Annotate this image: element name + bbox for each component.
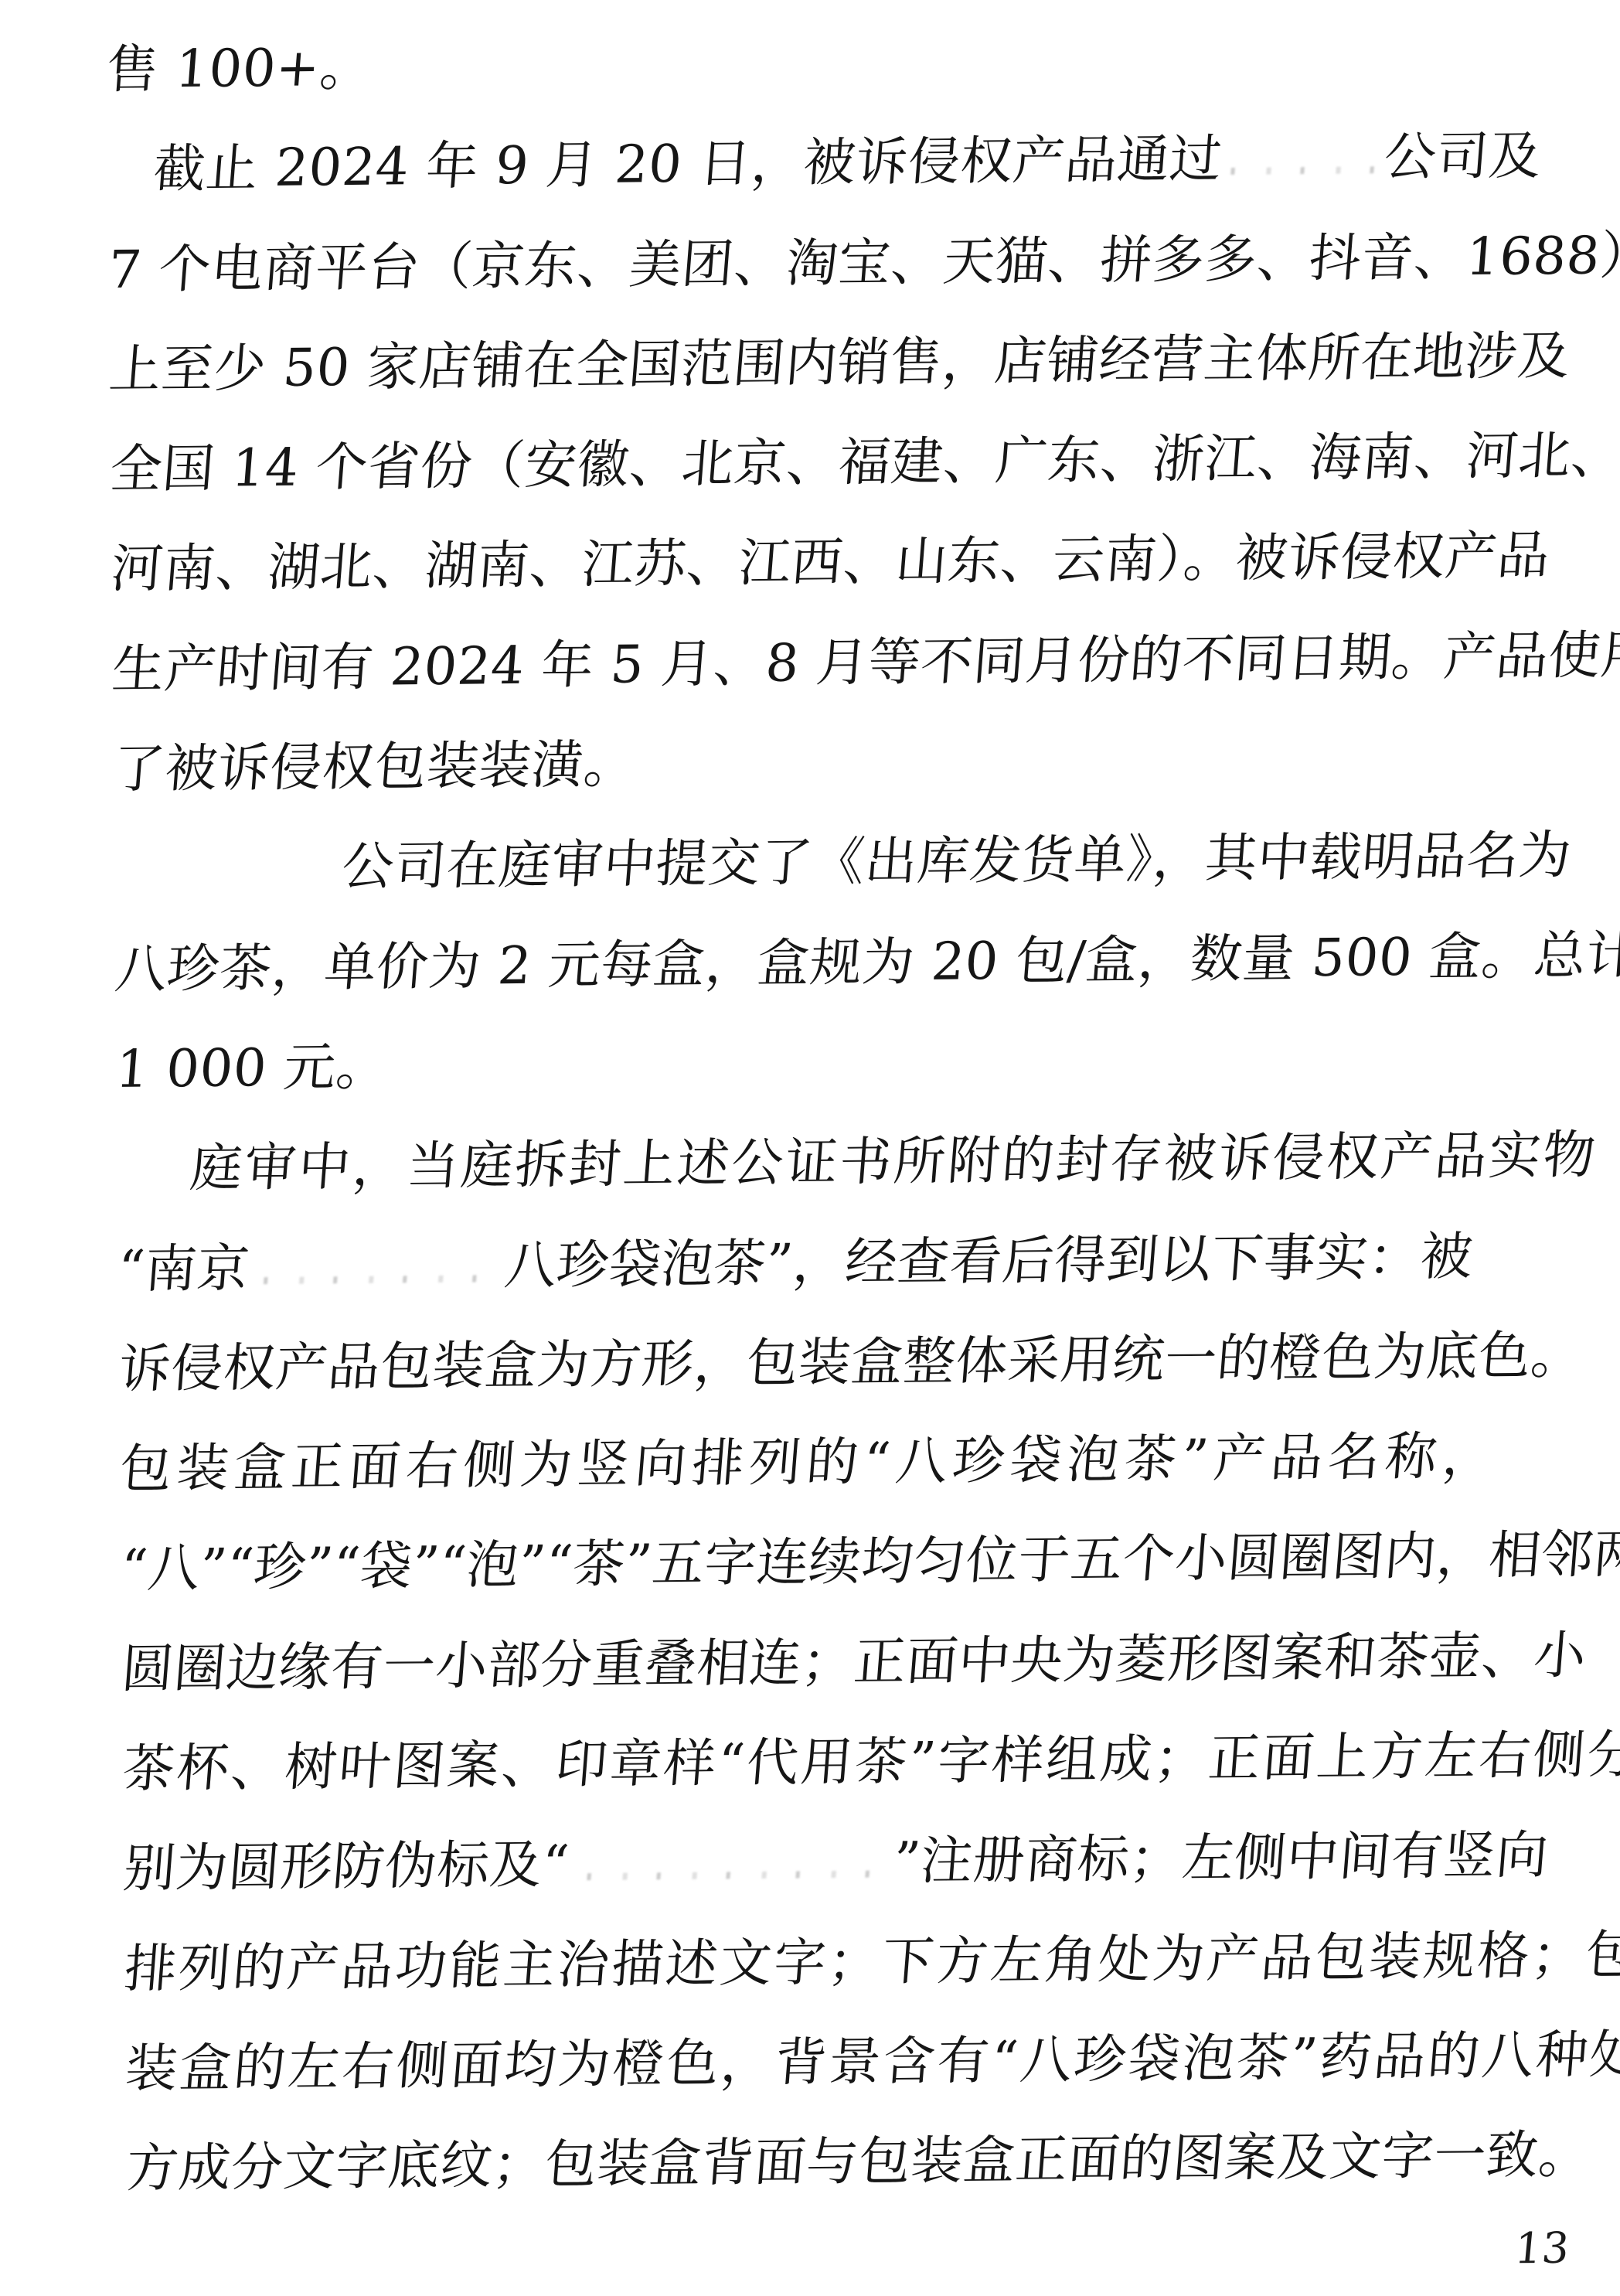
line-text: 生产时间有 2024 年 5 月、8 月等不同月份的不同日期。产品使用 xyxy=(110,625,1620,700)
text-line: 7 个电商平台（京东、美团、淘宝、天猫、拼多多、抖音、1688） xyxy=(104,206,1517,320)
line-text: 包装盒正面右侧为竖向排列的“八珍袋泡茶”产品名称， xyxy=(117,1426,1502,1499)
text-line: 排列的产品功能主治描述文字；下方左角处为产品包装规格；包 xyxy=(121,1906,1533,2019)
line-text: 八珍袋泡茶”，经查看后得到以下事实：被 xyxy=(502,1226,1475,1296)
line-text: 别为圆形防伪标及“ xyxy=(121,1834,571,1899)
line-text: 上至少 50 家店铺在全国范围内销售，店铺经营主体所在地涉及 xyxy=(107,325,1572,400)
line-text: 了被诉侵权包装装潢。 xyxy=(111,734,638,800)
line-text: 圆圈边缘有一小部分重叠相连；正面中央为菱形图案和茶壶、小 xyxy=(119,1624,1588,1698)
text-line: 了被诉侵权包装装潢。 xyxy=(109,707,1522,820)
document-body: 售 100+。截止 2024 年 9 月 20 日，被诉侵权产品通过公司及7 个… xyxy=(101,7,1527,2219)
line-text: 八珍茶，单价为 2 元每盒，盒规为 20 包/盒，数量 500 盒。总计 xyxy=(113,925,1620,1000)
redaction xyxy=(567,1832,896,1882)
text-line: 圆圈边缘有一小部分重叠相连；正面中央为菱形图案和茶壶、小 xyxy=(117,1606,1530,1719)
line-text: 全国 14 个省份（安徽、北京、福建、广东、浙江、海南、河北、 xyxy=(108,424,1620,499)
text-line: 装盒的左右侧面均为橙色，背景含有“八珍袋泡茶”药品的八种处 xyxy=(121,2005,1534,2119)
text-line: “八”“珍”“袋”“泡”“茶”五字连续均匀位于五个小圆圈图内，相邻两 xyxy=(117,1506,1530,1620)
text-line: 生产时间有 2024 年 5 月、8 月等不同月份的不同日期。产品使用 xyxy=(108,606,1521,720)
text-line: 包装盒正面右侧为竖向排列的“八珍袋泡茶”产品名称， xyxy=(116,1406,1529,1520)
line-text: 售 100+。 xyxy=(104,37,375,100)
text-line: 茶杯、树叶图案、印章样“代用茶”字样组成；正面上方左右侧分 xyxy=(119,1705,1532,1819)
redaction xyxy=(1220,128,1387,176)
text-line: 别为圆形防伪标及“”注册商标；左侧中间有竖向 xyxy=(120,1806,1533,1920)
line-text: 排列的产品功能主治描述文字；下方左角处为产品包装规格；包 xyxy=(122,1924,1620,1999)
text-line: 1 000 元。 xyxy=(112,1006,1525,1119)
line-text: 7 个电商平台（京东、美团、淘宝、天猫、拼多多、抖音、1688） xyxy=(106,224,1620,299)
line-text: 方成分文字底纹；包装盒背面与包装盒正面的图案及文字一致。 xyxy=(124,2124,1594,2199)
text-line: 公司在庭审中提交了《出库发货单》，其中载明品名为 xyxy=(111,806,1523,920)
page-number: 13 xyxy=(1513,2227,1571,2270)
text-line: 庭审中，当庭拆封上述公证书所附的封存被诉侵权产品实物 xyxy=(113,1106,1526,1220)
line-text: 公司在庭审中提交了《出库发货单》，其中载明品名为 xyxy=(340,825,1574,897)
line-text: “八”“珍”“袋”“泡”“茶”五字连续均匀位于五个小圆圈图内，相邻两 xyxy=(118,1524,1620,1599)
text-line: 售 100+。 xyxy=(103,7,1516,121)
line-text: 装盒的左右侧面均为橙色，背景含有“八珍袋泡茶”药品的八种处 xyxy=(123,2024,1620,2099)
text-line: 方成分文字底纹；包装盒背面与包装盒正面的图案及文字一致。 xyxy=(123,2106,1536,2219)
line-text: 庭审中，当庭拆封上述公证书所附的封存被诉侵权产品实物 xyxy=(188,1125,1599,1199)
text-line: 诉侵权产品包装盒为方形，包装盒整体采用统一的橙色为底色。 xyxy=(115,1306,1528,1419)
line-text: “南京 xyxy=(116,1238,252,1300)
redaction xyxy=(248,1236,507,1286)
line-text: 公司及 xyxy=(1382,125,1543,187)
text-line: 全国 14 个省份（安徽、北京、福建、广东、浙江、海南、河北、 xyxy=(107,407,1520,520)
line-text: 诉侵权产品包装盒为方形，包装盒整体采用统一的橙色为底色。 xyxy=(117,1325,1586,1399)
line-text: ”注册商标；左侧中间有竖向 xyxy=(891,1825,1550,1892)
text-line: 上至少 50 家店铺在全国范围内销售，店铺经营主体所在地涉及 xyxy=(105,306,1518,420)
line-text: 1 000 元。 xyxy=(114,1037,391,1099)
text-line: “南京八珍袋泡茶”，经查看后得到以下事实：被 xyxy=(114,1206,1526,1320)
text-line: 八珍茶，单价为 2 元每盒，盒规为 20 包/盒，数量 500 盒。总计 xyxy=(111,906,1524,1020)
line-text: 茶杯、树叶图案、印章样“代用茶”字样组成；正面上方左右侧分 xyxy=(121,1724,1620,1799)
line-text: 截止 2024 年 9 月 20 日，被诉侵权产品通过 xyxy=(151,128,1224,199)
redaction xyxy=(113,838,345,887)
text-line: 截止 2024 年 9 月 20 日，被诉侵权产品通过公司及 xyxy=(104,107,1516,220)
text-line: 河南、湖北、湖南、江苏、江西、山东、云南）。被诉侵权产品 xyxy=(107,506,1520,620)
line-text: 河南、湖北、湖南、江苏、江西、山东、云南）。被诉侵权产品 xyxy=(109,526,1552,600)
